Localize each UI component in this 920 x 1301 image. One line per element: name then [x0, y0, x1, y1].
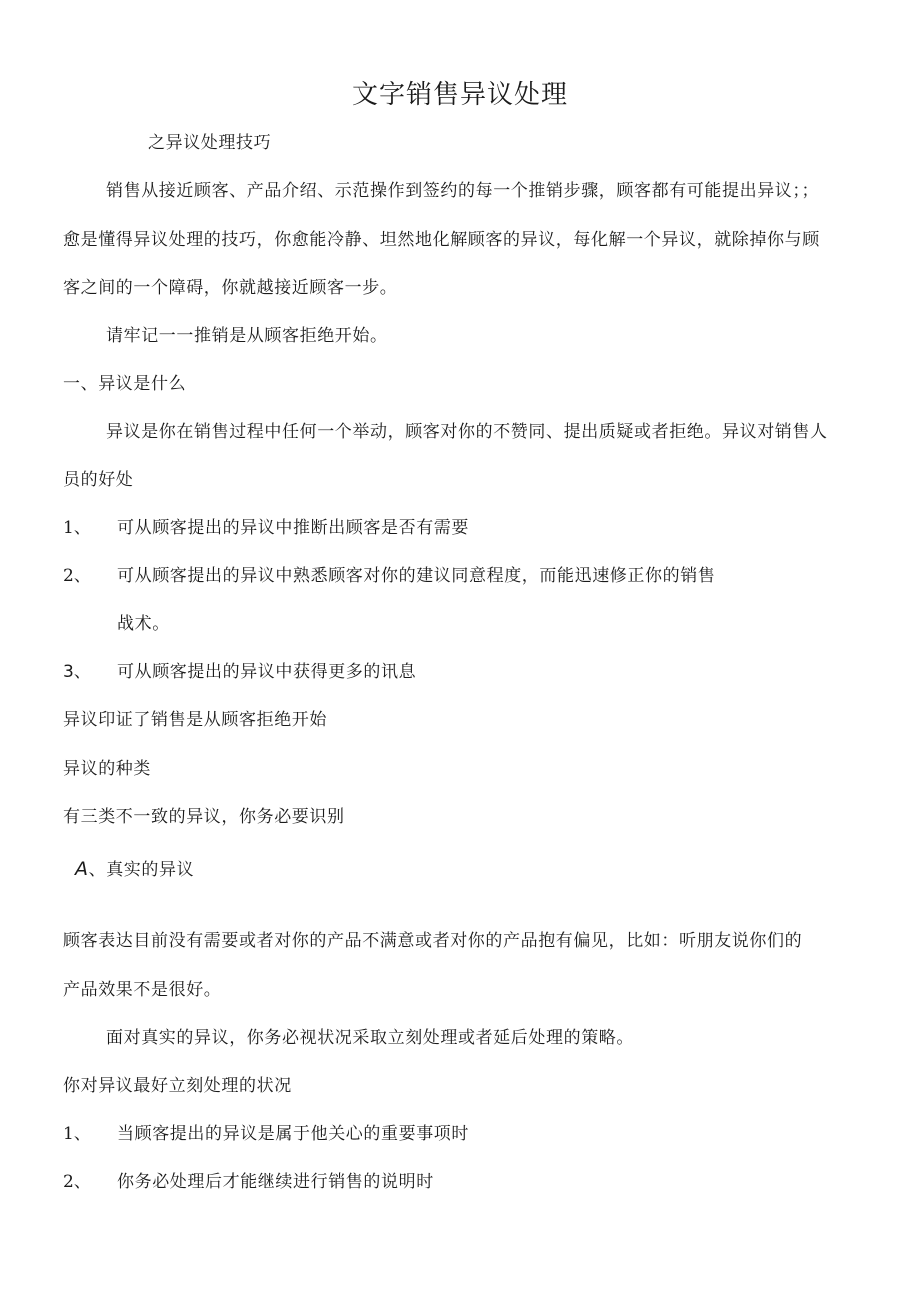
types-heading: 异议的种类	[63, 758, 151, 780]
list-item-number: 2、	[63, 1171, 91, 1193]
definition-line-2: 员的好处	[63, 469, 133, 491]
type-a-description-line-1: 顾客表达目前没有需要或者对你的产品不满意或者对你的产品抱有偏见，比如：听朋友说你…	[63, 930, 802, 952]
list-item-text: 可从顾客提出的异议中熟悉顾客对你的建议同意程度，而能迅速修正你的销售	[117, 565, 715, 587]
document-title: 文字销售异议处理	[0, 78, 920, 112]
list-item-text: 当顾客提出的异议是属于他关心的重要事项时	[117, 1123, 469, 1145]
list-item-text: 可从顾客提出的异议中获得更多的讯息	[117, 661, 416, 683]
proof-statement: 异议印证了销售是从顾客拒绝开始	[63, 709, 327, 731]
list-item-number: 2、	[63, 565, 91, 587]
definition-line-1: 异议是你在销售过程中任何一个举动，顾客对你的不赞同、提出质疑或者拒绝。异议对销售…	[106, 421, 828, 443]
intro-paragraph-line-1: 销售从接近顾客、产品介绍、示范操作到签约的每一个推销步骤，顾客都有可能提出异议；…	[106, 180, 819, 202]
section-heading-what-is-objection: 一、异议是什么	[63, 373, 186, 395]
list-item-number: 3、	[63, 661, 91, 683]
intro-paragraph-line-2: 愈是懂得异议处理的技巧，你愈能冷静、坦然地化解顾客的异议，每化解一个异议，就除掉…	[63, 229, 820, 251]
document-subtitle: 之异议处理技巧	[148, 132, 271, 154]
list-item-number: 1、	[63, 1123, 91, 1145]
list-item-number: 1、	[63, 517, 91, 539]
document-page: 文字销售异议处理 之异议处理技巧 销售从接近顾客、产品介绍、示范操作到签约的每一…	[0, 0, 920, 1301]
types-intro: 有三类不一致的异议，你务必要识别	[63, 806, 345, 828]
list-item-text: 可从顾客提出的异议中推断出顾客是否有需要	[117, 517, 469, 539]
reminder-text: 请牢记一一推销是从顾客拒绝开始。	[106, 325, 388, 347]
type-a-description-line-2: 产品效果不是很好。	[63, 979, 221, 1001]
type-a-letter: A	[75, 858, 89, 880]
immediate-handling-heading: 你对异议最好立刻处理的状况	[63, 1075, 292, 1097]
type-a-label: 、真实的异议	[89, 860, 195, 880]
list-item-text: 你务必处理后才能继续进行销售的说明时	[117, 1171, 434, 1193]
type-a-strategy: 面对真实的异议，你务必视状况采取立刻处理或者延后处理的策略。	[106, 1027, 634, 1049]
intro-paragraph-line-3: 客之间的一个障碍，你就越接近顾客一步。	[63, 277, 397, 299]
list-item-continuation: 战术。	[117, 613, 170, 635]
type-a-heading: A、真实的异议	[75, 858, 194, 881]
